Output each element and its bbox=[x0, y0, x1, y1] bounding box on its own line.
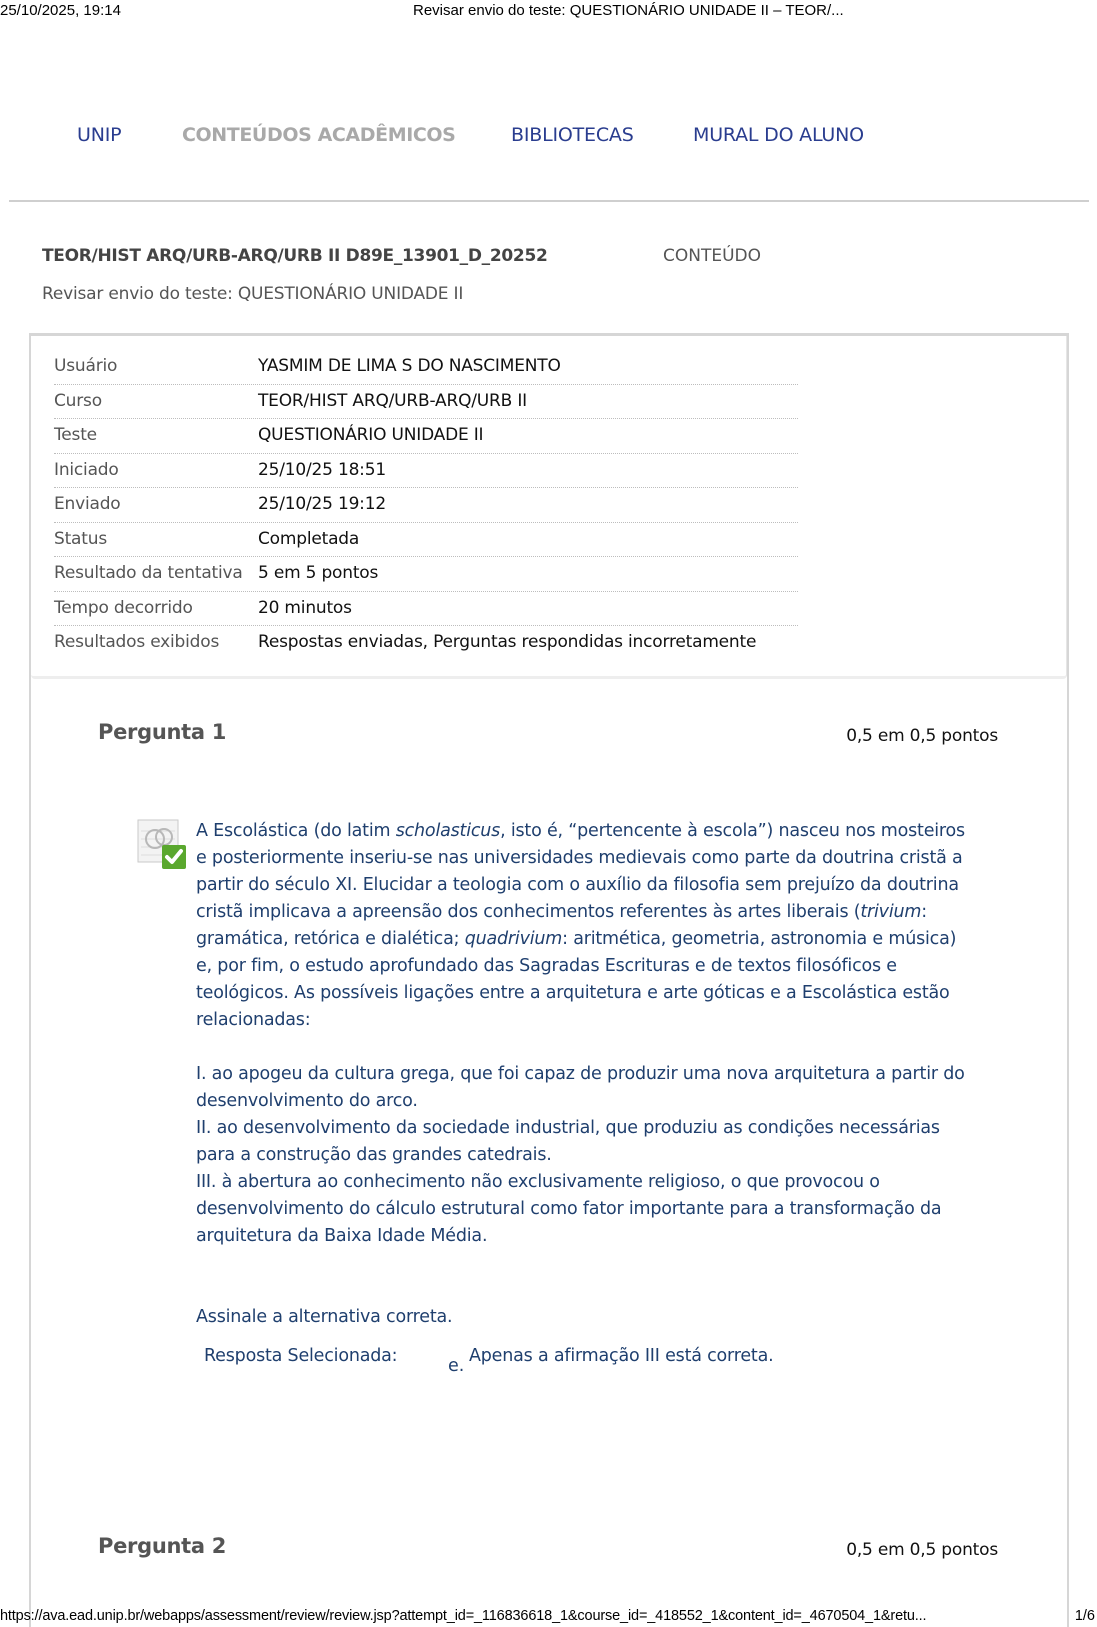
summary-value: YASMIM DE LIMA S DO NASCIMENTO bbox=[258, 356, 561, 376]
print-datetime: 25/10/2025, 19:14 bbox=[0, 2, 121, 19]
print-page-number: 1/6 bbox=[1075, 1608, 1095, 1624]
summary-row-tempo: Tempo decorrido 20 minutos bbox=[54, 592, 798, 627]
summary-row-status: Status Completada bbox=[54, 523, 798, 558]
selected-answer-text: Apenas a afirmação III está correta. bbox=[469, 1346, 773, 1366]
summary-row-enviado: Enviado 25/10/25 19:12 bbox=[54, 488, 798, 523]
nav-bibliotecas[interactable]: BIBLIOTECAS bbox=[511, 124, 634, 146]
summary-label: Resultados exibidos bbox=[54, 632, 219, 652]
selected-answer-letter: e. bbox=[448, 1356, 464, 1376]
question-points: 0,5 em 0,5 pontos bbox=[846, 1540, 998, 1560]
summary-label: Usuário bbox=[54, 356, 117, 376]
print-header: 25/10/2025, 19:14 Revisar envio do teste… bbox=[0, 0, 1097, 24]
question-1-header: Pergunta 1 0,5 em 0,5 pontos bbox=[98, 720, 998, 754]
question-points: 0,5 em 0,5 pontos bbox=[846, 726, 998, 746]
summary-value: TEOR/HIST ARQ/URB-ARQ/URB II bbox=[258, 391, 527, 411]
summary-value: 5 em 5 pontos bbox=[258, 563, 378, 583]
nav-conteudos-academicos[interactable]: CONTEÚDOS ACADÊMICOS bbox=[182, 124, 455, 146]
summary-row-iniciado: Iniciado 25/10/25 18:51 bbox=[54, 454, 798, 489]
nav-unip[interactable]: UNIP bbox=[77, 124, 121, 146]
print-footer: https://ava.ead.unip.br/webapps/assessme… bbox=[0, 1607, 1097, 1627]
breadcrumb-conteudo[interactable]: CONTEÚDO bbox=[663, 246, 761, 266]
summary-row-teste: Teste QUESTIONÁRIO UNIDADE II bbox=[54, 419, 798, 454]
selected-answer-label: Resposta Selecionada: bbox=[204, 1346, 397, 1366]
summary-value: 25/10/25 19:12 bbox=[258, 494, 386, 514]
summary-label: Resultado da tentativa bbox=[54, 563, 243, 583]
question-prompt: Assinale a alternativa correta. bbox=[196, 1304, 976, 1331]
nav-mural-do-aluno[interactable]: MURAL DO ALUNO bbox=[693, 124, 864, 146]
statement-1: I. ao apogeu da cultura grega, que foi c… bbox=[196, 1061, 976, 1115]
statement-3: III. à abertura ao conhecimento não excl… bbox=[196, 1169, 976, 1250]
correct-check-icon bbox=[137, 819, 191, 871]
selected-answer: Resposta Selecionada: e. Apenas a afirma… bbox=[204, 1346, 964, 1376]
summary-value: QUESTIONÁRIO UNIDADE II bbox=[258, 425, 483, 445]
course-title[interactable]: TEOR/HIST ARQ/URB-ARQ/URB II D89E_13901_… bbox=[42, 246, 548, 266]
summary-row-resultado: Resultado da tentativa 5 em 5 pontos bbox=[54, 557, 798, 592]
question-title: Pergunta 1 bbox=[98, 720, 226, 744]
print-page-title: Revisar envio do teste: QUESTIONÁRIO UNI… bbox=[413, 2, 844, 19]
summary-label: Iniciado bbox=[54, 460, 119, 480]
summary-value: 25/10/25 18:51 bbox=[258, 460, 386, 480]
question-intro: A Escolástica (do latim scholasticus, is… bbox=[196, 818, 976, 1034]
statement-2: II. ao desenvolvimento da sociedade indu… bbox=[196, 1115, 976, 1169]
summary-label: Tempo decorrido bbox=[54, 598, 193, 618]
top-navigation: UNIP CONTEÚDOS ACADÊMICOS BIBLIOTECAS MU… bbox=[0, 124, 1097, 154]
summary-label: Teste bbox=[54, 425, 97, 445]
nav-divider bbox=[9, 200, 1089, 202]
print-url: https://ava.ead.unip.br/webapps/assessme… bbox=[0, 1608, 926, 1624]
summary-row-curso: Curso TEOR/HIST ARQ/URB-ARQ/URB II bbox=[54, 385, 798, 420]
summary-row-resultados-exibidos: Resultados exibidos Respostas enviadas, … bbox=[54, 626, 798, 661]
summary-label: Enviado bbox=[54, 494, 121, 514]
attempt-summary-table: Usuário YASMIM DE LIMA S DO NASCIMENTO C… bbox=[54, 350, 798, 661]
summary-row-usuario: Usuário YASMIM DE LIMA S DO NASCIMENTO bbox=[54, 350, 798, 385]
question-1-text: A Escolástica (do latim scholasticus, is… bbox=[196, 818, 976, 1331]
summary-value: Completada bbox=[258, 529, 359, 549]
summary-value: Respostas enviadas, Perguntas respondida… bbox=[258, 632, 756, 652]
summary-value: 20 minutos bbox=[258, 598, 352, 618]
summary-label: Curso bbox=[54, 391, 102, 411]
question-title: Pergunta 2 bbox=[98, 1534, 226, 1558]
question-2-header: Pergunta 2 0,5 em 0,5 pontos bbox=[98, 1534, 998, 1568]
page-title: Revisar envio do teste: QUESTIONÁRIO UNI… bbox=[42, 284, 463, 304]
summary-label: Status bbox=[54, 529, 107, 549]
